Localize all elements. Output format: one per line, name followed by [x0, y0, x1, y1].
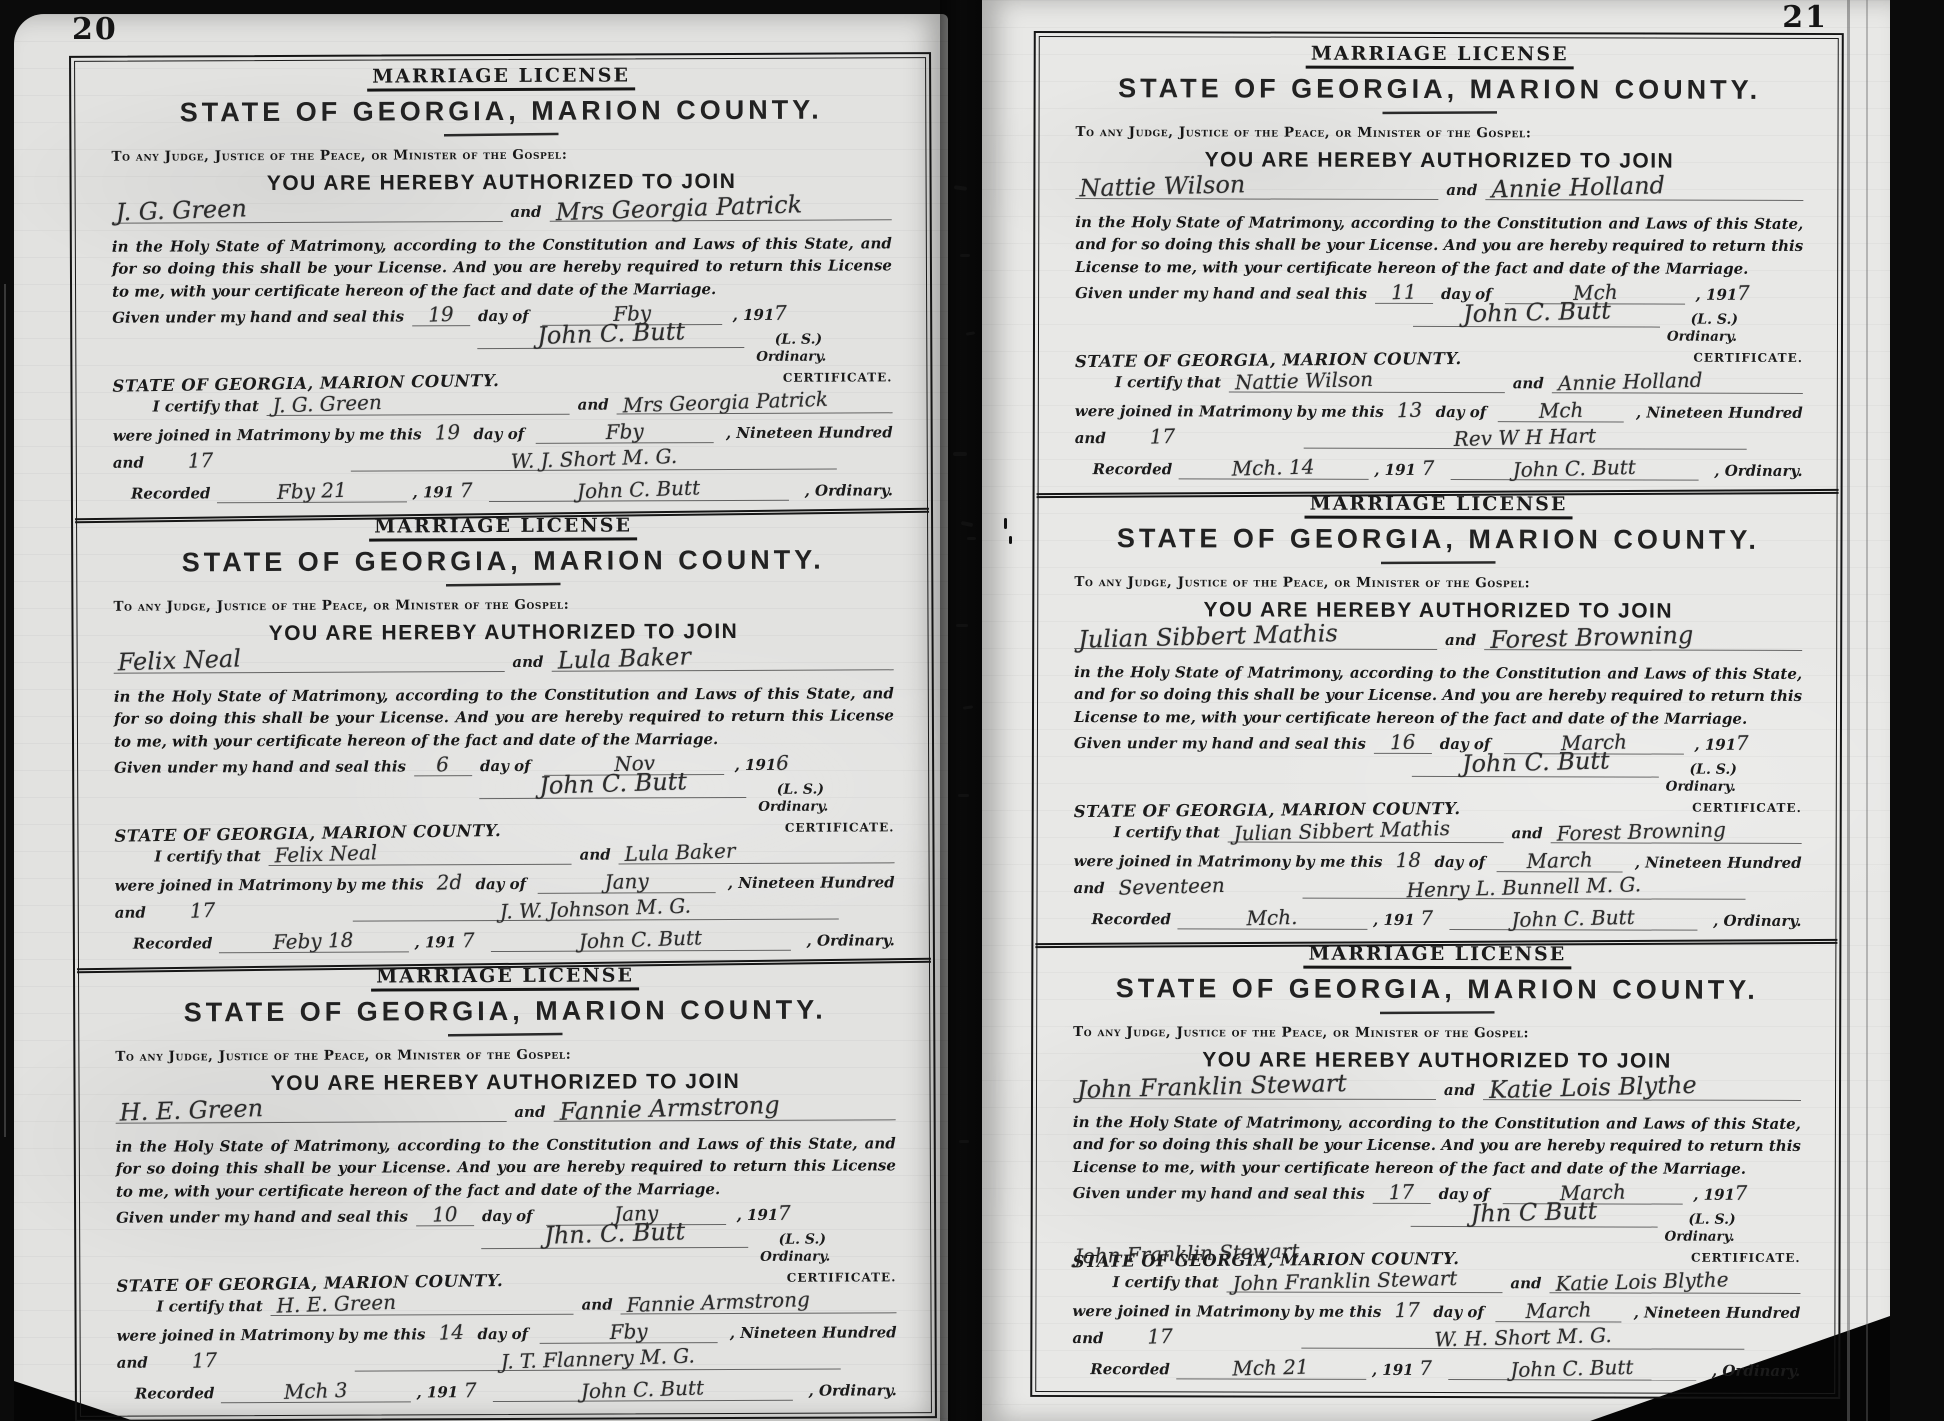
- marriage-month-handwritten: March: [1527, 850, 1594, 872]
- bride-name-handwritten: Mrs Georgia Patrick: [555, 192, 802, 224]
- groom-name-handwritten: J. G. Green: [115, 196, 247, 224]
- salutation-line: To any Judge, Justice of the Peace, or M…: [1074, 574, 1802, 592]
- state-county-heading: STATE OF GEORGIA, MARION COUNTY.: [115, 994, 895, 1028]
- given-prefix: Given under my hand and seal this: [1074, 734, 1366, 753]
- and-label: and: [1512, 825, 1543, 843]
- binding-stitch: [963, 705, 973, 709]
- year-printed: , 191: [1372, 1361, 1414, 1379]
- marriage-day-handwritten: 17: [1394, 1300, 1420, 1321]
- year-printed: , 191: [416, 1384, 458, 1402]
- certificate-bride-handwritten: Forest Browning: [1556, 820, 1726, 844]
- and-label: and: [580, 846, 611, 864]
- ordinary-suffix: , Ordinary.: [1712, 1362, 1800, 1380]
- recorder-signature-handwritten: John C. Butt: [581, 1378, 705, 1402]
- year-printed: , 191: [1373, 911, 1415, 929]
- certify-prefix: I certify that: [1075, 373, 1221, 391]
- section-divider: [438, 582, 568, 588]
- day-of-label: day of: [1434, 853, 1485, 871]
- seal-ls-label: (L. S.): [1659, 762, 1737, 778]
- marriage-year-handwritten: 17: [1148, 1326, 1174, 1347]
- recorded-year-digit-handwritten: 7: [464, 1380, 477, 1400]
- recorded-year-digit-handwritten: 7: [460, 480, 473, 500]
- recorded-year-digit-handwritten: 7: [1419, 1358, 1432, 1378]
- binding-stitch: [960, 254, 970, 257]
- day-of-label: day of: [477, 1325, 528, 1343]
- given-prefix: Given under my hand and seal this: [112, 308, 404, 327]
- authorize-heading: YOU ARE HEREBY AUTHORIZED TO JOIN: [1074, 598, 1802, 624]
- ordinary-label: Ordinary.: [1075, 327, 1803, 345]
- salutation-line: To any Judge, Justice of the Peace, or M…: [1076, 124, 1804, 142]
- ordinary-signature-handwritten: John C. Butt: [1461, 749, 1609, 777]
- section-divider: [1373, 560, 1503, 565]
- nineteen-hundred-label: , Nineteen Hundred: [1636, 404, 1803, 422]
- day-of-label: day of: [1433, 1303, 1484, 1321]
- certificate-groom-handwritten: John Franklin Stewart: [1233, 1268, 1458, 1294]
- recorded-date-handwritten: Mch. 14: [1232, 457, 1315, 479]
- marriage-month-handwritten: Fby: [610, 1321, 649, 1342]
- marriage-license-record: MARRIAGE LICENSE STATE OF GEORGIA, MARIO…: [111, 64, 893, 517]
- ordinary-signature-handwritten: John C. Butt: [536, 320, 684, 349]
- binding-stitch: [961, 521, 974, 527]
- state-county-heading: STATE OF GEORGIA, MARION COUNTY.: [113, 544, 893, 578]
- marriage-license-record: MARRIAGE LICENSE STATE OF GEORGIA, MARIO…: [113, 514, 895, 967]
- and-label: and: [115, 904, 146, 922]
- certify-prefix: I certify that: [114, 847, 260, 866]
- nineteen-hundred-label: , Nineteen Hundred: [728, 874, 895, 893]
- nineteen-hundred-label: , Nineteen Hundred: [1634, 1304, 1801, 1322]
- groom-name-handwritten: Nattie Wilson: [1079, 172, 1245, 200]
- state-county-heading: STATE OF GEORGIA, MARION COUNTY.: [1074, 523, 1802, 556]
- certificate-bride-handwritten: Katie Lois Blythe: [1555, 1270, 1728, 1294]
- given-prefix: Given under my hand and seal this: [1075, 284, 1367, 303]
- and-label: and: [1072, 1329, 1103, 1347]
- recorder-signature-handwritten: John C. Butt: [577, 478, 701, 502]
- bride-name-handwritten: Annie Holland: [1491, 173, 1665, 201]
- salutation-line: To any Judge, Justice of the Peace, or M…: [113, 595, 893, 614]
- book-edge-line: [4, 284, 6, 1137]
- year-printed: , 191: [1374, 461, 1416, 479]
- groom-name-handwritten: Julian Sibbert Mathis: [1078, 621, 1338, 652]
- issue-year-digit-handwritten: 7: [778, 1203, 791, 1223]
- ordinary-suffix: , Ordinary.: [808, 1382, 896, 1400]
- minister-signature-handwritten: W. H. Short M. G.: [1434, 1325, 1612, 1349]
- and-label: and: [117, 1354, 148, 1372]
- issue-day-handwritten: 17: [1389, 1182, 1415, 1203]
- day-of-label: day of: [474, 425, 525, 443]
- recorded-label: Recorded: [1073, 910, 1171, 928]
- matrimony-paragraph: in the Holy State of Matrimony, accordin…: [1073, 1111, 1801, 1180]
- minister-signature-handwritten: J. T. Flannery M. G.: [500, 1346, 695, 1372]
- certificate-groom-handwritten: J. G. Green: [273, 392, 383, 416]
- ordinary-suffix: , Ordinary.: [806, 932, 894, 950]
- year-printed: , 191: [1694, 736, 1736, 754]
- page-edge-line: [1847, 0, 1850, 1421]
- marriage-year-handwritten: 17: [1150, 426, 1176, 447]
- certificate-bride-handwritten: Mrs Georgia Patrick: [622, 389, 828, 416]
- and-label: and: [514, 1103, 545, 1121]
- certificate-label: CERTIFICATE.: [1693, 351, 1803, 365]
- certificate-label: CERTIFICATE.: [1692, 801, 1802, 815]
- salutation-line: To any Judge, Justice of the Peace, or M…: [115, 1045, 895, 1064]
- recorded-year-digit-handwritten: 7: [462, 930, 475, 950]
- seal-ls-label: (L. S.): [1660, 312, 1738, 328]
- nineteen-hundred-label: , Nineteen Hundred: [1635, 854, 1802, 872]
- certificate-state-heading: STATE OF GEORGIA, MARION COUNTY.: [1075, 349, 1462, 371]
- ordinary-suffix: , Ordinary.: [805, 482, 893, 500]
- seal-ls-label: (L. S.): [746, 782, 824, 798]
- nineteen-hundred-label: , Nineteen Hundred: [730, 1324, 897, 1343]
- certificate-groom-handwritten: Julian Sibbert Mathis: [1234, 818, 1451, 843]
- and-label: and: [1513, 375, 1544, 393]
- ordinary-signature-handwritten: John C. Butt: [1462, 299, 1610, 327]
- section-divider: [436, 132, 566, 138]
- certify-prefix: I certify that: [113, 397, 259, 416]
- joined-prefix: were joined in Matrimony by me this: [1072, 1302, 1381, 1321]
- bride-name-handwritten: Fannie Armstrong: [559, 1093, 780, 1124]
- minister-signature-handwritten: W. J. Short M. G.: [510, 446, 677, 471]
- marriage-day-handwritten: 19: [434, 422, 460, 443]
- issue-day-handwritten: 11: [1391, 282, 1417, 303]
- authorize-heading: YOU ARE HEREBY AUTHORIZED TO JOIN: [113, 619, 893, 646]
- and-label: and: [1444, 1081, 1475, 1099]
- marriage-license-title: MARRIAGE LICENSE: [371, 965, 639, 991]
- recorded-year-digit-handwritten: 7: [1421, 908, 1434, 928]
- joined-prefix: were joined in Matrimony by me this: [1074, 852, 1383, 871]
- groom-name-handwritten: Felix Neal: [117, 646, 241, 674]
- recorded-date-handwritten: Feby 18: [273, 930, 354, 953]
- ordinary-label: Ordinary.: [112, 349, 892, 368]
- given-prefix: Given under my hand and seal this: [1073, 1184, 1365, 1203]
- ordinary-label: Ordinary.: [1074, 777, 1802, 795]
- page-edge-line: [1866, 0, 1868, 1421]
- issue-year-digit-handwritten: 7: [1736, 733, 1749, 753]
- recorder-signature-handwritten: John C. Butt: [579, 928, 703, 952]
- and-label: and: [1445, 631, 1476, 649]
- binding-stitch: [966, 331, 975, 336]
- marriage-license-title: MARRIAGE LICENSE: [1303, 944, 1571, 970]
- matrimony-paragraph: in the Holy State of Matrimony, accordin…: [112, 232, 892, 303]
- recorded-label: Recorded: [1075, 460, 1173, 478]
- matrimony-paragraph: in the Holy State of Matrimony, accordin…: [114, 682, 894, 753]
- certificate-bride-handwritten: Annie Holland: [1558, 370, 1703, 394]
- matrimony-paragraph: in the Holy State of Matrimony, accordin…: [1074, 661, 1802, 730]
- seal-ls-label: (L. S.): [748, 1232, 826, 1248]
- margin-mark: [1009, 536, 1012, 544]
- certificate-bride-handwritten: Fannie Armstrong: [626, 1290, 810, 1316]
- margin-mark: [1004, 518, 1007, 529]
- page-number-left: 20: [72, 12, 118, 47]
- ordinary-signature-handwritten: Jhn. C. Butt: [544, 1220, 686, 1249]
- marriage-license-title: MARRIAGE LICENSE: [1305, 494, 1573, 520]
- issue-day-handwritten: 16: [1390, 732, 1416, 753]
- joined-prefix: were joined in Matrimony by me this: [1075, 402, 1384, 421]
- certificate-groom-handwritten: Felix Neal: [275, 843, 378, 866]
- certify-prefix: I certify that: [1072, 1273, 1218, 1291]
- recorded-date-handwritten: Mch 3: [283, 1380, 347, 1402]
- marriage-day-handwritten: 18: [1395, 850, 1421, 871]
- certificate-label: CERTIFICATE.: [783, 371, 893, 385]
- certificate-label: CERTIFICATE.: [785, 821, 895, 835]
- minister-signature-handwritten: Rev W H Hart: [1454, 426, 1597, 450]
- given-prefix: Given under my hand and seal this: [114, 758, 406, 777]
- marriage-year-handwritten: 17: [188, 450, 214, 471]
- marriage-license-title: MARRIAGE LICENSE: [369, 515, 637, 541]
- day-of-label: day of: [1436, 403, 1487, 421]
- binding-stitch: [953, 452, 967, 456]
- license-form-frame: MARRIAGE LICENSE STATE OF GEORGIA, MARIO…: [1030, 31, 1844, 1399]
- salutation-line: To any Judge, Justice of the Peace, or M…: [1073, 1024, 1801, 1042]
- and-label: and: [1446, 181, 1477, 199]
- marriage-year-handwritten: 17: [190, 900, 216, 921]
- joined-prefix: were joined in Matrimony by me this: [117, 1326, 426, 1345]
- marriage-month-handwritten: Jany: [605, 871, 650, 892]
- seal-ls-label: (L. S.): [744, 332, 822, 348]
- issue-day-handwritten: 10: [432, 1204, 458, 1225]
- marriage-year-handwritten: Seventeen: [1118, 875, 1225, 898]
- section-divider: [1372, 1010, 1502, 1015]
- issue-day-handwritten: 6: [436, 754, 449, 774]
- bride-name-handwritten: Forest Browning: [1490, 623, 1694, 652]
- certificate-label: CERTIFICATE.: [1691, 1251, 1801, 1265]
- certify-prefix: I certify that: [1074, 823, 1220, 841]
- binding-stitch: [967, 537, 976, 540]
- binding-stitch: [956, 624, 968, 627]
- marriage-license-title: MARRIAGE LICENSE: [1306, 44, 1574, 70]
- marriage-day-handwritten: 2d: [436, 872, 462, 893]
- bride-name-handwritten: Katie Lois Blythe: [1489, 1073, 1697, 1102]
- license-form-frame: MARRIAGE LICENSE STATE OF GEORGIA, MARIO…: [69, 52, 937, 1421]
- certificate-bride-handwritten: Lula Baker: [624, 841, 736, 865]
- groom-name-handwritten: H. E. Green: [119, 1096, 263, 1125]
- groom-name-handwritten: John Franklin Stewart: [1077, 1071, 1347, 1102]
- marriage-license-record: MARRIAGE LICENSE STATE OF GEORGIA, MARIO…: [1072, 943, 1801, 1395]
- marriage-month-handwritten: March: [1525, 1300, 1592, 1322]
- certificate-groom-handwritten: Nattie Wilson: [1235, 369, 1374, 392]
- marriage-day-handwritten: 14: [438, 1322, 464, 1343]
- issue-year-digit-handwritten: 7: [1735, 1183, 1748, 1203]
- year-printed: , 191: [1693, 1186, 1735, 1204]
- ordinary-suffix: , Ordinary.: [1713, 912, 1801, 930]
- state-county-heading: STATE OF GEORGIA, MARION COUNTY.: [111, 94, 891, 128]
- issue-year-digit-handwritten: 6: [776, 753, 789, 773]
- and-label: and: [578, 396, 609, 414]
- and-label: and: [113, 454, 144, 472]
- page-number-right: 21: [1782, 0, 1828, 35]
- recorder-signature-handwritten: John C. Butt: [1513, 457, 1637, 480]
- and-label: and: [510, 203, 541, 221]
- recorded-label: Recorded: [117, 1385, 215, 1403]
- minister-signature-handwritten: Henry L. Bunnell M. G.: [1406, 875, 1641, 901]
- matrimony-paragraph: in the Holy State of Matrimony, accordin…: [116, 1132, 896, 1203]
- state-county-heading: STATE OF GEORGIA, MARION COUNTY.: [1076, 73, 1804, 106]
- recorded-date-handwritten: Fby 21: [276, 480, 346, 502]
- recorder-signature-handwritten: John C. Butt: [1512, 907, 1636, 930]
- issue-year-digit-handwritten: 7: [1737, 283, 1750, 303]
- ordinary-label: Ordinary.: [116, 1249, 896, 1268]
- issue-day-handwritten: 19: [428, 304, 454, 325]
- bride-name-handwritten: Lula Baker: [557, 644, 691, 672]
- given-prefix: Given under my hand and seal this: [116, 1208, 408, 1227]
- salutation-line: To any Judge, Justice of the Peace, or M…: [111, 145, 891, 164]
- and-label: and: [582, 1296, 613, 1314]
- marriage-license-record: MARRIAGE LICENSE STATE OF GEORGIA, MARIO…: [115, 964, 897, 1417]
- binding-stitch: [958, 794, 969, 797]
- section-divider: [440, 1032, 570, 1038]
- day-of-label: day of: [475, 875, 526, 893]
- matrimony-paragraph: in the Holy State of Matrimony, accordin…: [1075, 211, 1803, 280]
- ordinary-label: Ordinary.: [114, 799, 894, 818]
- joined-prefix: were joined in Matrimony by me this: [113, 426, 422, 445]
- marriage-year-handwritten: 17: [192, 1350, 218, 1371]
- marriage-license-title: MARRIAGE LICENSE: [367, 65, 635, 91]
- minister-signature-handwritten: J. W. Johnson M. G.: [500, 896, 692, 922]
- ordinary-signature-handwritten: John C. Butt: [538, 770, 686, 799]
- register-page-left: 20 MARRIAGE LICENSE STATE OF GEORGIA, MA…: [14, 14, 948, 1421]
- recorded-date-handwritten: Mch.: [1246, 907, 1297, 928]
- recorded-date-handwritten: Mch 21: [1232, 1357, 1309, 1379]
- register-page-right: 21 MARRIAGE LICENSE STATE OF GEORGIA, MA…: [982, 0, 1890, 1421]
- binding-stitch: [954, 185, 967, 191]
- recorded-label: Recorded: [1072, 1360, 1170, 1378]
- recorded-year-digit-handwritten: 7: [1422, 458, 1435, 478]
- year-printed: , 191: [412, 484, 454, 502]
- section-divider: [1375, 110, 1505, 115]
- marriage-day-handwritten: 13: [1397, 400, 1423, 421]
- marriage-month-handwritten: Fby: [606, 421, 645, 442]
- state-county-heading: STATE OF GEORGIA, MARION COUNTY.: [1073, 973, 1801, 1006]
- issue-year-digit-handwritten: 7: [774, 303, 787, 323]
- joined-prefix: were joined in Matrimony by me this: [115, 876, 424, 895]
- scanned-marriage-register-spread: 20 MARRIAGE LICENSE STATE OF GEORGIA, MA…: [0, 0, 1944, 1421]
- recorded-label: Recorded: [115, 935, 213, 953]
- and-label: and: [1075, 429, 1106, 447]
- seal-ls-label: (L. S.): [1658, 1212, 1736, 1228]
- marriage-license-record: MARRIAGE LICENSE STATE OF GEORGIA, MARIO…: [1073, 493, 1802, 945]
- ordinary-suffix: , Ordinary.: [1714, 462, 1802, 480]
- and-label: and: [1074, 879, 1105, 897]
- and-label: and: [1510, 1275, 1541, 1293]
- nineteen-hundred-label: , Nineteen Hundred: [726, 424, 893, 443]
- marriage-month-handwritten: Mch: [1539, 400, 1584, 421]
- binding-stitch: [959, 1140, 969, 1143]
- certificate-label: CERTIFICATE.: [787, 1271, 897, 1285]
- recorded-label: Recorded: [113, 485, 211, 503]
- ordinary-signature-handwritten: Jhn C Butt: [1471, 1199, 1598, 1226]
- and-label: and: [512, 653, 543, 671]
- year-printed: , 191: [1696, 286, 1738, 304]
- year-printed: , 191: [414, 934, 456, 952]
- certificate-groom-handwritten: H. E. Green: [277, 1292, 397, 1316]
- recorder-signature-handwritten: John C. Butt: [1510, 1357, 1634, 1380]
- authorize-heading: YOU ARE HEREBY AUTHORIZED TO JOIN: [1075, 148, 1803, 174]
- marriage-license-record: MARRIAGE LICENSE STATE OF GEORGIA, MARIO…: [1075, 43, 1804, 495]
- certify-prefix: I certify that: [116, 1297, 262, 1316]
